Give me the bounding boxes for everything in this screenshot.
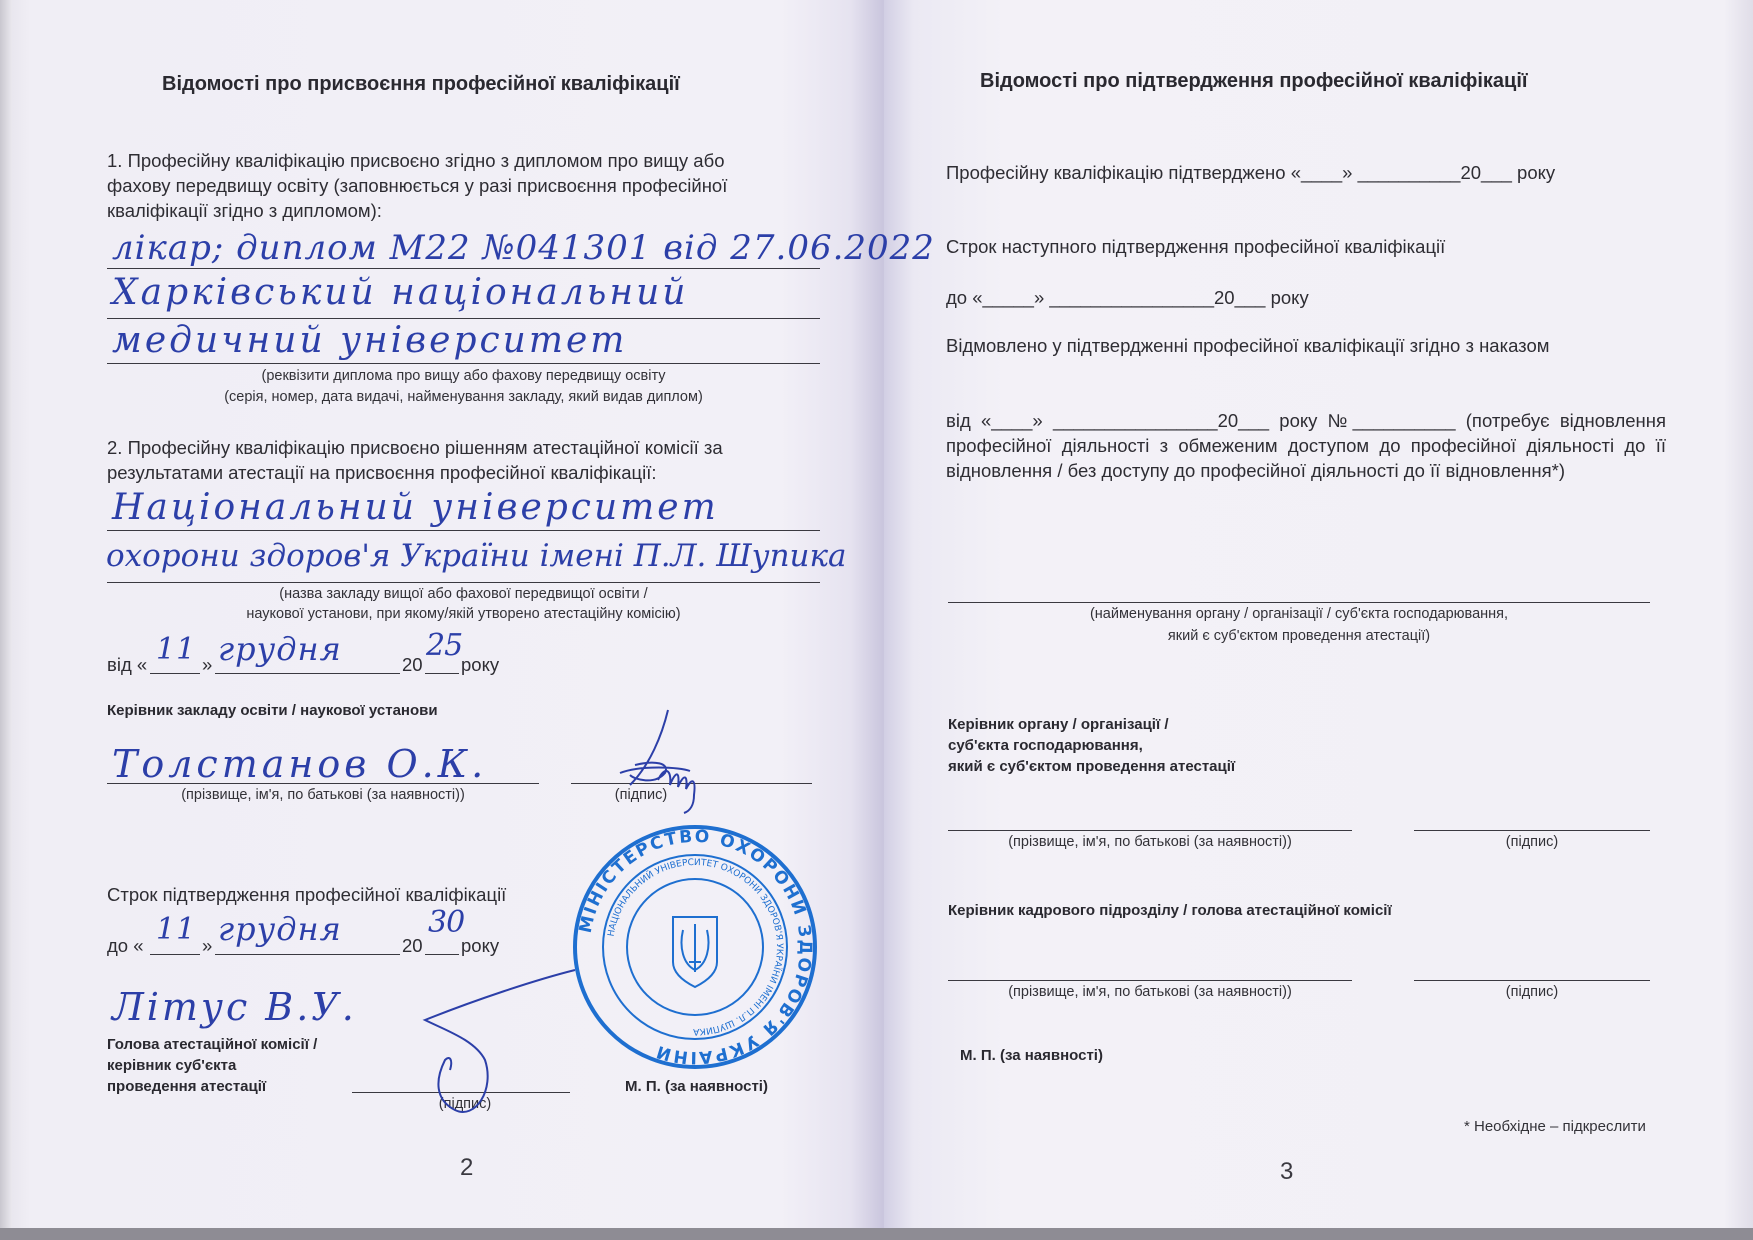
next-term-label: Строк наступного підтвердження професійн… (946, 234, 1445, 259)
date-from-day: 11 (156, 632, 196, 667)
quote-close: » (202, 933, 212, 958)
left-page-title: Відомості про присвоєння професійної ква… (162, 73, 680, 96)
org-head-label: суб'єкта господарювання, (948, 735, 1143, 756)
org-head-label: Керівник органу / організації / (948, 714, 1169, 735)
fill-line (107, 318, 820, 319)
org-caption: який є суб'єктом проведення атестації) (948, 628, 1650, 644)
date-to-suffix: року (461, 933, 499, 958)
name-caption: (прізвище, ім'я, по батькові (за наявнос… (948, 834, 1352, 850)
org-fill-line (948, 602, 1650, 603)
diploma-caption: (реквізити диплома про вищу або фахову п… (107, 368, 820, 384)
commission-head-name-handwritten: Літус В.У. (112, 985, 357, 1029)
fill-line (425, 954, 459, 955)
fill-line (107, 783, 539, 784)
date-to-month: грудня (218, 910, 342, 948)
diploma-handwritten-line: медичний університет (112, 320, 627, 361)
date-to-prefix: до « (107, 933, 144, 958)
date-from-prefix: від « (107, 652, 147, 677)
date-to-year-suffix: 30 (428, 905, 464, 940)
commission-head-label: Голова атестаційної комісії / (107, 1034, 317, 1055)
name-caption: (прізвище, ім'я, по батькові (за наявнос… (948, 984, 1352, 1000)
section1-text-line: 1. Професійну кваліфікацію присвоєно згі… (107, 148, 724, 173)
institution-head-label: Керівник закладу освіти / наукової устан… (107, 700, 438, 721)
fill-line (425, 673, 459, 674)
signature-line (1414, 830, 1650, 831)
fill-line (107, 530, 820, 531)
section1-text-line: фахову передвищу освіту (заповнюється у … (107, 173, 727, 198)
official-stamp: МІНІСТЕРСТВО ОХОРОНИ ЗДОРОВ'Я УКРАЇНИ НА… (565, 822, 825, 1072)
section1-text-line: кваліфікації згідно з дипломом): (107, 198, 382, 223)
confirmed-line: Професійну кваліфікацію підтверджено «__… (946, 160, 1555, 185)
seal-label: М. П. (за наявності) (625, 1076, 768, 1097)
refused-label: Відмовлено у підтвердженні професійної к… (946, 333, 1549, 358)
signature-caption: (підпис) (1414, 984, 1650, 1000)
scan-edge-left (0, 0, 12, 1228)
signature-line (1414, 980, 1650, 981)
right-page-title: Відомості про підтвердження професійної … (980, 70, 1528, 93)
diploma-handwritten-line: Харківський національний (112, 272, 688, 313)
section2-text-line: результатами атестації на присвоєння про… (107, 460, 656, 485)
fill-line (107, 268, 820, 269)
institution-head-name-handwritten: Толстанов О.К. (112, 742, 487, 786)
page-number-right: 3 (1280, 1158, 1293, 1186)
signature-caption: (підпис) (1414, 834, 1650, 850)
commission-org-caption: (назва закладу вищої або фахової передви… (107, 586, 820, 602)
date-from-suffix: року (461, 652, 499, 677)
section2-text-line: 2. Професійну кваліфікацію присвоєно ріш… (107, 435, 723, 460)
diploma-caption: (серія, номер, дата видачі, найменування… (107, 389, 820, 405)
hr-head-label: Керівник кадрового підрозділу / голова а… (948, 900, 1392, 921)
org-caption: (найменування органу / організації / суб… (948, 606, 1650, 622)
fill-line (107, 363, 820, 364)
fill-line (215, 673, 400, 674)
name-caption: (прізвище, ім'я, по батькові (за наявнос… (107, 787, 539, 803)
date-from-year-prefix: 20 (402, 652, 423, 677)
diploma-handwritten-line: лікар; диплом М22 №041301 від 27.06.2022 (112, 228, 935, 268)
org-head-label: який є суб'єктом проведення атестації (948, 756, 1235, 777)
commission-org-caption: наукової установи, при якому/якій утворе… (107, 606, 820, 622)
refused-paragraph: від «____» ________________20___ року №_… (946, 408, 1666, 483)
scan-edge-bottom (0, 1228, 1753, 1240)
commission-head-label: проведення атестації (107, 1076, 266, 1097)
date-to-year-prefix: 20 (402, 933, 423, 958)
fill-line (150, 673, 200, 674)
commission-head-label: керівник суб'єкта (107, 1055, 236, 1076)
commission-org-handwritten-line: охорони здоров'я України імені П.Л. Шупи… (106, 538, 847, 574)
fill-line (150, 954, 200, 955)
date-from-year-suffix: 25 (426, 628, 462, 663)
name-fill-line (948, 980, 1352, 981)
name-fill-line (948, 830, 1352, 831)
seal-label-right: М. П. (за наявності) (960, 1045, 1103, 1066)
date-to-day: 11 (156, 912, 196, 947)
date-from-month: грудня (218, 630, 342, 668)
quote-close: » (202, 652, 212, 677)
fill-line (215, 954, 400, 955)
institution-head-signature (610, 705, 730, 815)
footnote: * Необхідне – підкреслити (1464, 1118, 1646, 1135)
commission-org-handwritten-line: Національний університет (112, 487, 719, 528)
page-number-left: 2 (460, 1154, 473, 1182)
next-term-date: до «_____» ________________20___ року (946, 285, 1309, 310)
confirm-term-label: Строк підтвердження професійної кваліфік… (107, 882, 506, 907)
fill-line (107, 582, 820, 583)
